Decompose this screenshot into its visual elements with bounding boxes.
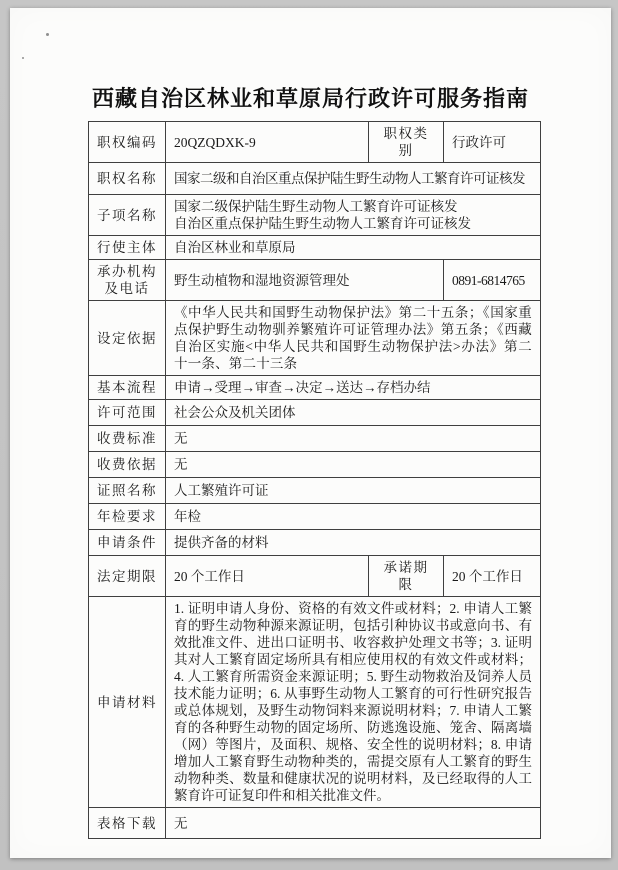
authority-type-label: 职权类别 [369,122,444,163]
row-fee-basis: 收费依据 无 [89,452,541,478]
application-condition-value: 提供齐备的材料 [166,530,541,556]
authority-name-label: 职权名称 [89,163,166,195]
subitem-line-2: 自治区重点保护陆生野生动物人工繁育许可证核发 [174,215,532,232]
subitem-line-1: 国家二级保护陆生野生动物人工繁育许可证核发 [174,198,532,215]
application-materials-label: 申请材料 [89,597,166,808]
authority-code-value: 20QZQDXK-9 [166,122,369,163]
certificate-name-label: 证照名称 [89,478,166,504]
page-title: 西藏自治区林业和草原局行政许可服务指南 [10,82,611,113]
row-fee-standard: 收费标准 无 [89,426,541,452]
subitem-name-label: 子项名称 [89,195,166,236]
document-page: 西藏自治区林业和草原局行政许可服务指南 职权编码 20QZQDXK-9 职权类别… [10,8,611,858]
handling-agency-label: 承办机构 及电话 [89,260,166,301]
exercising-subject-value: 自治区林业和草原局 [166,236,541,260]
promised-period-label: 承诺期限 [369,556,444,597]
service-guide-table: 职权编码 20QZQDXK-9 职权类别 行政许可 职权名称 国家二级和自治区重… [88,121,541,839]
basic-process-label: 基本流程 [89,376,166,400]
license-scope-label: 许可范围 [89,400,166,426]
handling-agency-value: 野生动植物和湿地资源管理处 [166,260,444,301]
fee-basis-value: 无 [166,452,541,478]
row-certificate-name: 证照名称 人工繁殖许可证 [89,478,541,504]
row-form-download: 表格下载 无 [89,808,541,839]
legal-basis-label: 设定依据 [89,301,166,376]
row-authority-code: 职权编码 20QZQDXK-9 职权类别 行政许可 [89,122,541,163]
application-materials-value: 1. 证明申请人身份、资格的有效文件或材料；2. 申请人工繁育的野生动物种源来源… [166,597,541,808]
row-annual-inspection: 年检要求 年检 [89,504,541,530]
authority-code-label: 职权编码 [89,122,166,163]
subitem-name-value: 国家二级保护陆生野生动物人工繁育许可证核发 自治区重点保护陆生野生动物人工繁育许… [166,195,541,236]
row-legal-basis: 设定依据 《中华人民共和国野生动物保护法》第二十五条；《国家重点保护野生动物驯养… [89,301,541,376]
legal-basis-value: 《中华人民共和国野生动物保护法》第二十五条；《国家重点保护野生动物驯养繁殖许可证… [166,301,541,376]
form-download-value: 无 [166,808,541,839]
row-subitem-name: 子项名称 国家二级保护陆生野生动物人工繁育许可证核发 自治区重点保护陆生野生动物… [89,195,541,236]
scan-speck [46,33,49,36]
annual-inspection-label: 年检要求 [89,504,166,530]
application-condition-label: 申请条件 [89,530,166,556]
authority-name-value: 国家二级和自治区重点保护陆生野生动物人工繁育许可证核发 [166,163,541,195]
form-download-label: 表格下载 [89,808,166,839]
fee-standard-value: 无 [166,426,541,452]
row-basic-process: 基本流程 申请→受理→审查→决定→送达→存档办结 [89,376,541,400]
authority-type-value: 行政许可 [444,122,541,163]
fee-basis-label: 收费依据 [89,452,166,478]
handling-agency-phone: 0891-6814765 [444,260,541,301]
annual-inspection-value: 年检 [166,504,541,530]
statutory-period-label: 法定期限 [89,556,166,597]
fee-standard-label: 收费标准 [89,426,166,452]
handling-agency-label-line-2: 及电话 [97,280,157,297]
handling-agency-label-line-1: 承办机构 [97,263,157,280]
row-application-materials: 申请材料 1. 证明申请人身份、资格的有效文件或材料；2. 申请人工繁育的野生动… [89,597,541,808]
row-statutory-period: 法定期限 20 个工作日 承诺期限 20 个工作日 [89,556,541,597]
license-scope-value: 社会公众及机关团体 [166,400,541,426]
row-handling-agency: 承办机构 及电话 野生动植物和湿地资源管理处 0891-6814765 [89,260,541,301]
promised-period-value: 20 个工作日 [444,556,541,597]
scan-background: 西藏自治区林业和草原局行政许可服务指南 职权编码 20QZQDXK-9 职权类别… [0,0,618,870]
row-authority-name: 职权名称 国家二级和自治区重点保护陆生野生动物人工繁育许可证核发 [89,163,541,195]
row-exercising-subject: 行使主体 自治区林业和草原局 [89,236,541,260]
row-application-condition: 申请条件 提供齐备的材料 [89,530,541,556]
basic-process-value: 申请→受理→审查→决定→送达→存档办结 [166,376,541,400]
statutory-period-value: 20 个工作日 [166,556,369,597]
exercising-subject-label: 行使主体 [89,236,166,260]
certificate-name-value: 人工繁殖许可证 [166,478,541,504]
row-license-scope: 许可范围 社会公众及机关团体 [89,400,541,426]
scan-speck [22,57,24,59]
